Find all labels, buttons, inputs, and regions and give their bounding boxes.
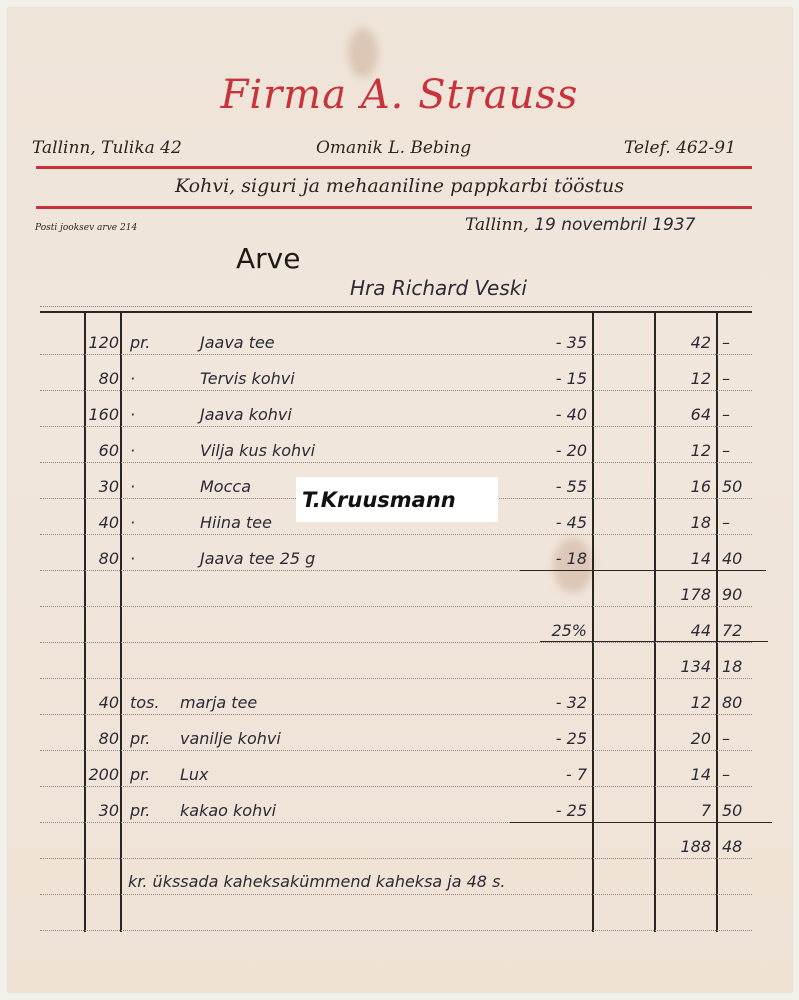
customer-name: Hra Richard Veski [350,276,527,300]
subtotal-row: 17890 [0,576,799,608]
sum-rule [540,641,768,642]
table-row: 30pr.kakao kohvi- 25750 [0,792,799,824]
place: Tallinn, [465,215,529,235]
name-stamp: T.Kruusmann [296,477,498,522]
year: 1937 [652,215,695,235]
red-rule [36,206,752,209]
place-date: Tallinn, 19 novembril 1937 [465,215,695,235]
dotted-rule [40,306,752,307]
table-row: 80·Tervis kohvi- 1512– [0,360,799,392]
company-phone: Telef. 462-91 [624,138,736,158]
amount-in-words: kr. ükssada kaheksakümmend kaheksa ja 48… [128,872,506,891]
stain [348,28,378,78]
sum-rule [520,570,766,571]
subtotal-row: 13418 [0,648,799,680]
table-row: 160·Jaava kohvi- 4064– [0,396,799,428]
table-row: 40tos.marja tee- 321280 [0,684,799,716]
red-rule [36,166,752,169]
invoice-title: Arve [236,242,300,275]
table-top-rule [40,311,752,313]
company-name: Firma A. Strauss [0,72,799,118]
discount-row: 25%4472 [0,612,799,644]
company-tagline: Kohvi, siguri ja mehaaniline pappkarbi t… [0,175,799,197]
table-row: 120pr.Jaava tee- 3542– [0,324,799,356]
company-owner: Omanik L. Bebing [316,138,471,158]
company-address: Tallinn, Tulika 42 [32,138,182,158]
table-row: 80·Jaava tee 25 g- 181440 [0,540,799,572]
account-note: Posti jooksev arve 214 [35,223,137,233]
table-row: 200pr.Lux- 714– [0,756,799,788]
sum-rule [510,822,772,823]
total-row: 18848 [0,828,799,860]
table-row: 60·Vilja kus kohvi- 2012– [0,432,799,464]
date: 19 novembril [534,215,647,235]
table-row: 80pr.vanilje kohvi- 2520– [0,720,799,752]
